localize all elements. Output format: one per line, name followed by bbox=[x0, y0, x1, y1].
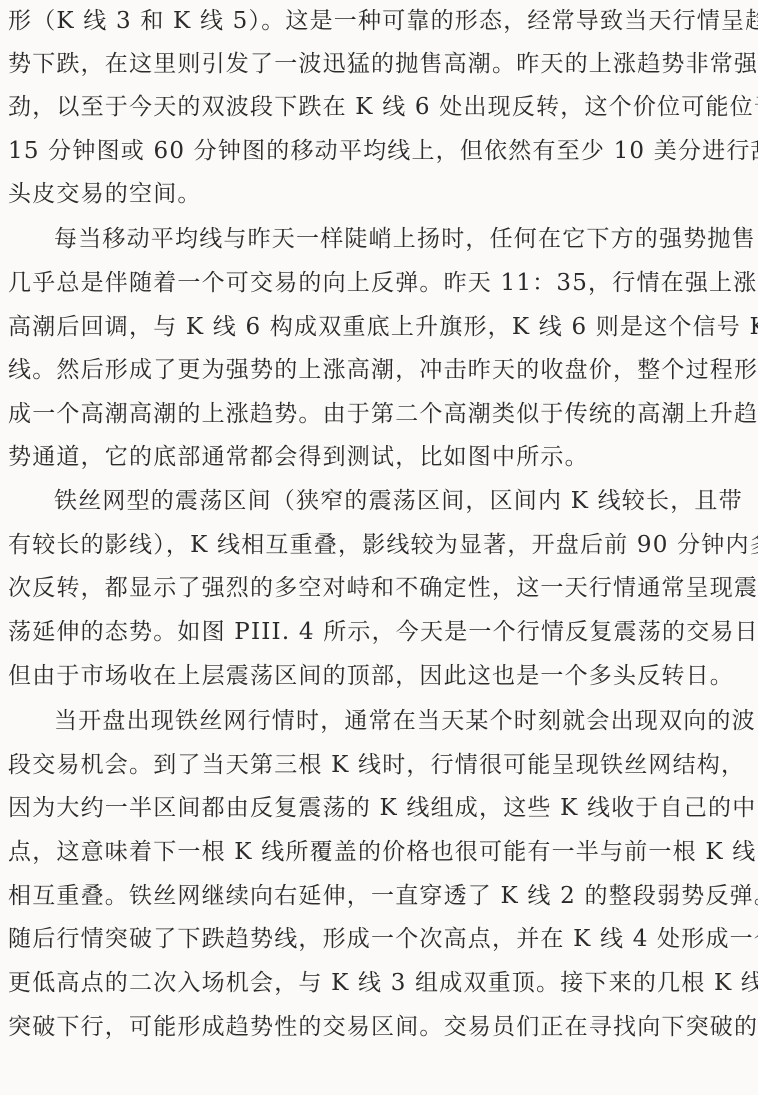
text-line: 劲，以至于今天的双波段下跌在 K 线 6 处出现反转，这个价位可能位于 bbox=[8, 86, 758, 128]
text-line: 头皮交易的空间。 bbox=[8, 173, 202, 215]
text-line: 突破下行，可能形成趋势性的交易区间。交易员们正在寻找向下突破的 bbox=[8, 1006, 758, 1048]
text-line: 更低高点的二次入场机会，与 K 线 3 组成双重顶。接下来的几根 K 线 bbox=[8, 962, 758, 1004]
text-line: 15 分钟图或 60 分钟图的移动平均线上，但依然有至少 10 美分进行刮 bbox=[8, 130, 758, 172]
text-line: 有较长的影线），K 线相互重叠，影线较为显著，开盘后前 90 分钟内多 bbox=[8, 524, 758, 566]
text-line: 成一个高潮高潮的上涨趋势。由于第二个高潮类似于传统的高潮上升趋 bbox=[8, 393, 758, 435]
text-line: 形（K 线 3 和 K 线 5）。这是一种可靠的形态，经常导致当天行情呈趋 bbox=[8, 0, 758, 42]
text-line: 线。然后形成了更为强势的上涨高潮，冲击昨天的收盘价，整个过程形 bbox=[8, 349, 758, 391]
text-line: 相互重叠。铁丝网继续向右延伸，一直穿透了 K 线 2 的整段弱势反弹。 bbox=[8, 875, 758, 917]
text-line: 点，这意味着下一根 K 线所覆盖的价格也很可能有一半与前一根 K 线 bbox=[8, 831, 756, 873]
paragraph-start-line: 每当移动平均线与昨天一样陡峭上扬时，任何在它下方的强势抛售 bbox=[54, 218, 756, 260]
text-line: 几乎总是伴随着一个可交易的向上反弹。昨天 11：35，行情在强上涨 bbox=[8, 262, 757, 304]
text-line: 但由于市场收在上层震荡区间的顶部，因此这也是一个多头反转日。 bbox=[8, 655, 734, 697]
text-line: 因为大约一半区间都由反复震荡的 K 线组成，这些 K 线收于自己的中 bbox=[8, 787, 756, 829]
text-line: 荡延伸的态势。如图 PIII. 4 所示，今天是一个行情反复震荡的交易日， bbox=[8, 611, 758, 653]
text-line: 势下跌，在这里则引发了一波迅猛的抛售高潮。昨天的上涨趋势非常强 bbox=[8, 43, 758, 85]
text-line: 随后行情突破了下跌趋势线，形成一个次高点，并在 K 线 4 处形成一个 bbox=[8, 918, 758, 960]
text-line: 次反转，都显示了强烈的多空对峙和不确定性，这一天行情通常呈现震 bbox=[8, 567, 758, 609]
text-line: 势通道，它的底部通常都会得到测试，比如图中所示。 bbox=[8, 436, 589, 478]
text-line: 高潮后回调，与 K 线 6 构成双重底上升旗形，K 线 6 则是这个信号 K bbox=[8, 306, 758, 348]
paragraph-start-line: 铁丝网型的震荡区间（狭窄的震荡区间，区间内 K 线较长，且带 bbox=[54, 480, 743, 522]
paragraph-start-line: 当开盘出现铁丝网行情时，通常在当天某个时刻就会出现双向的波 bbox=[54, 700, 756, 742]
text-line: 段交易机会。到了当天第三根 K 线时，行情很可能呈现铁丝网结构， bbox=[8, 744, 745, 786]
